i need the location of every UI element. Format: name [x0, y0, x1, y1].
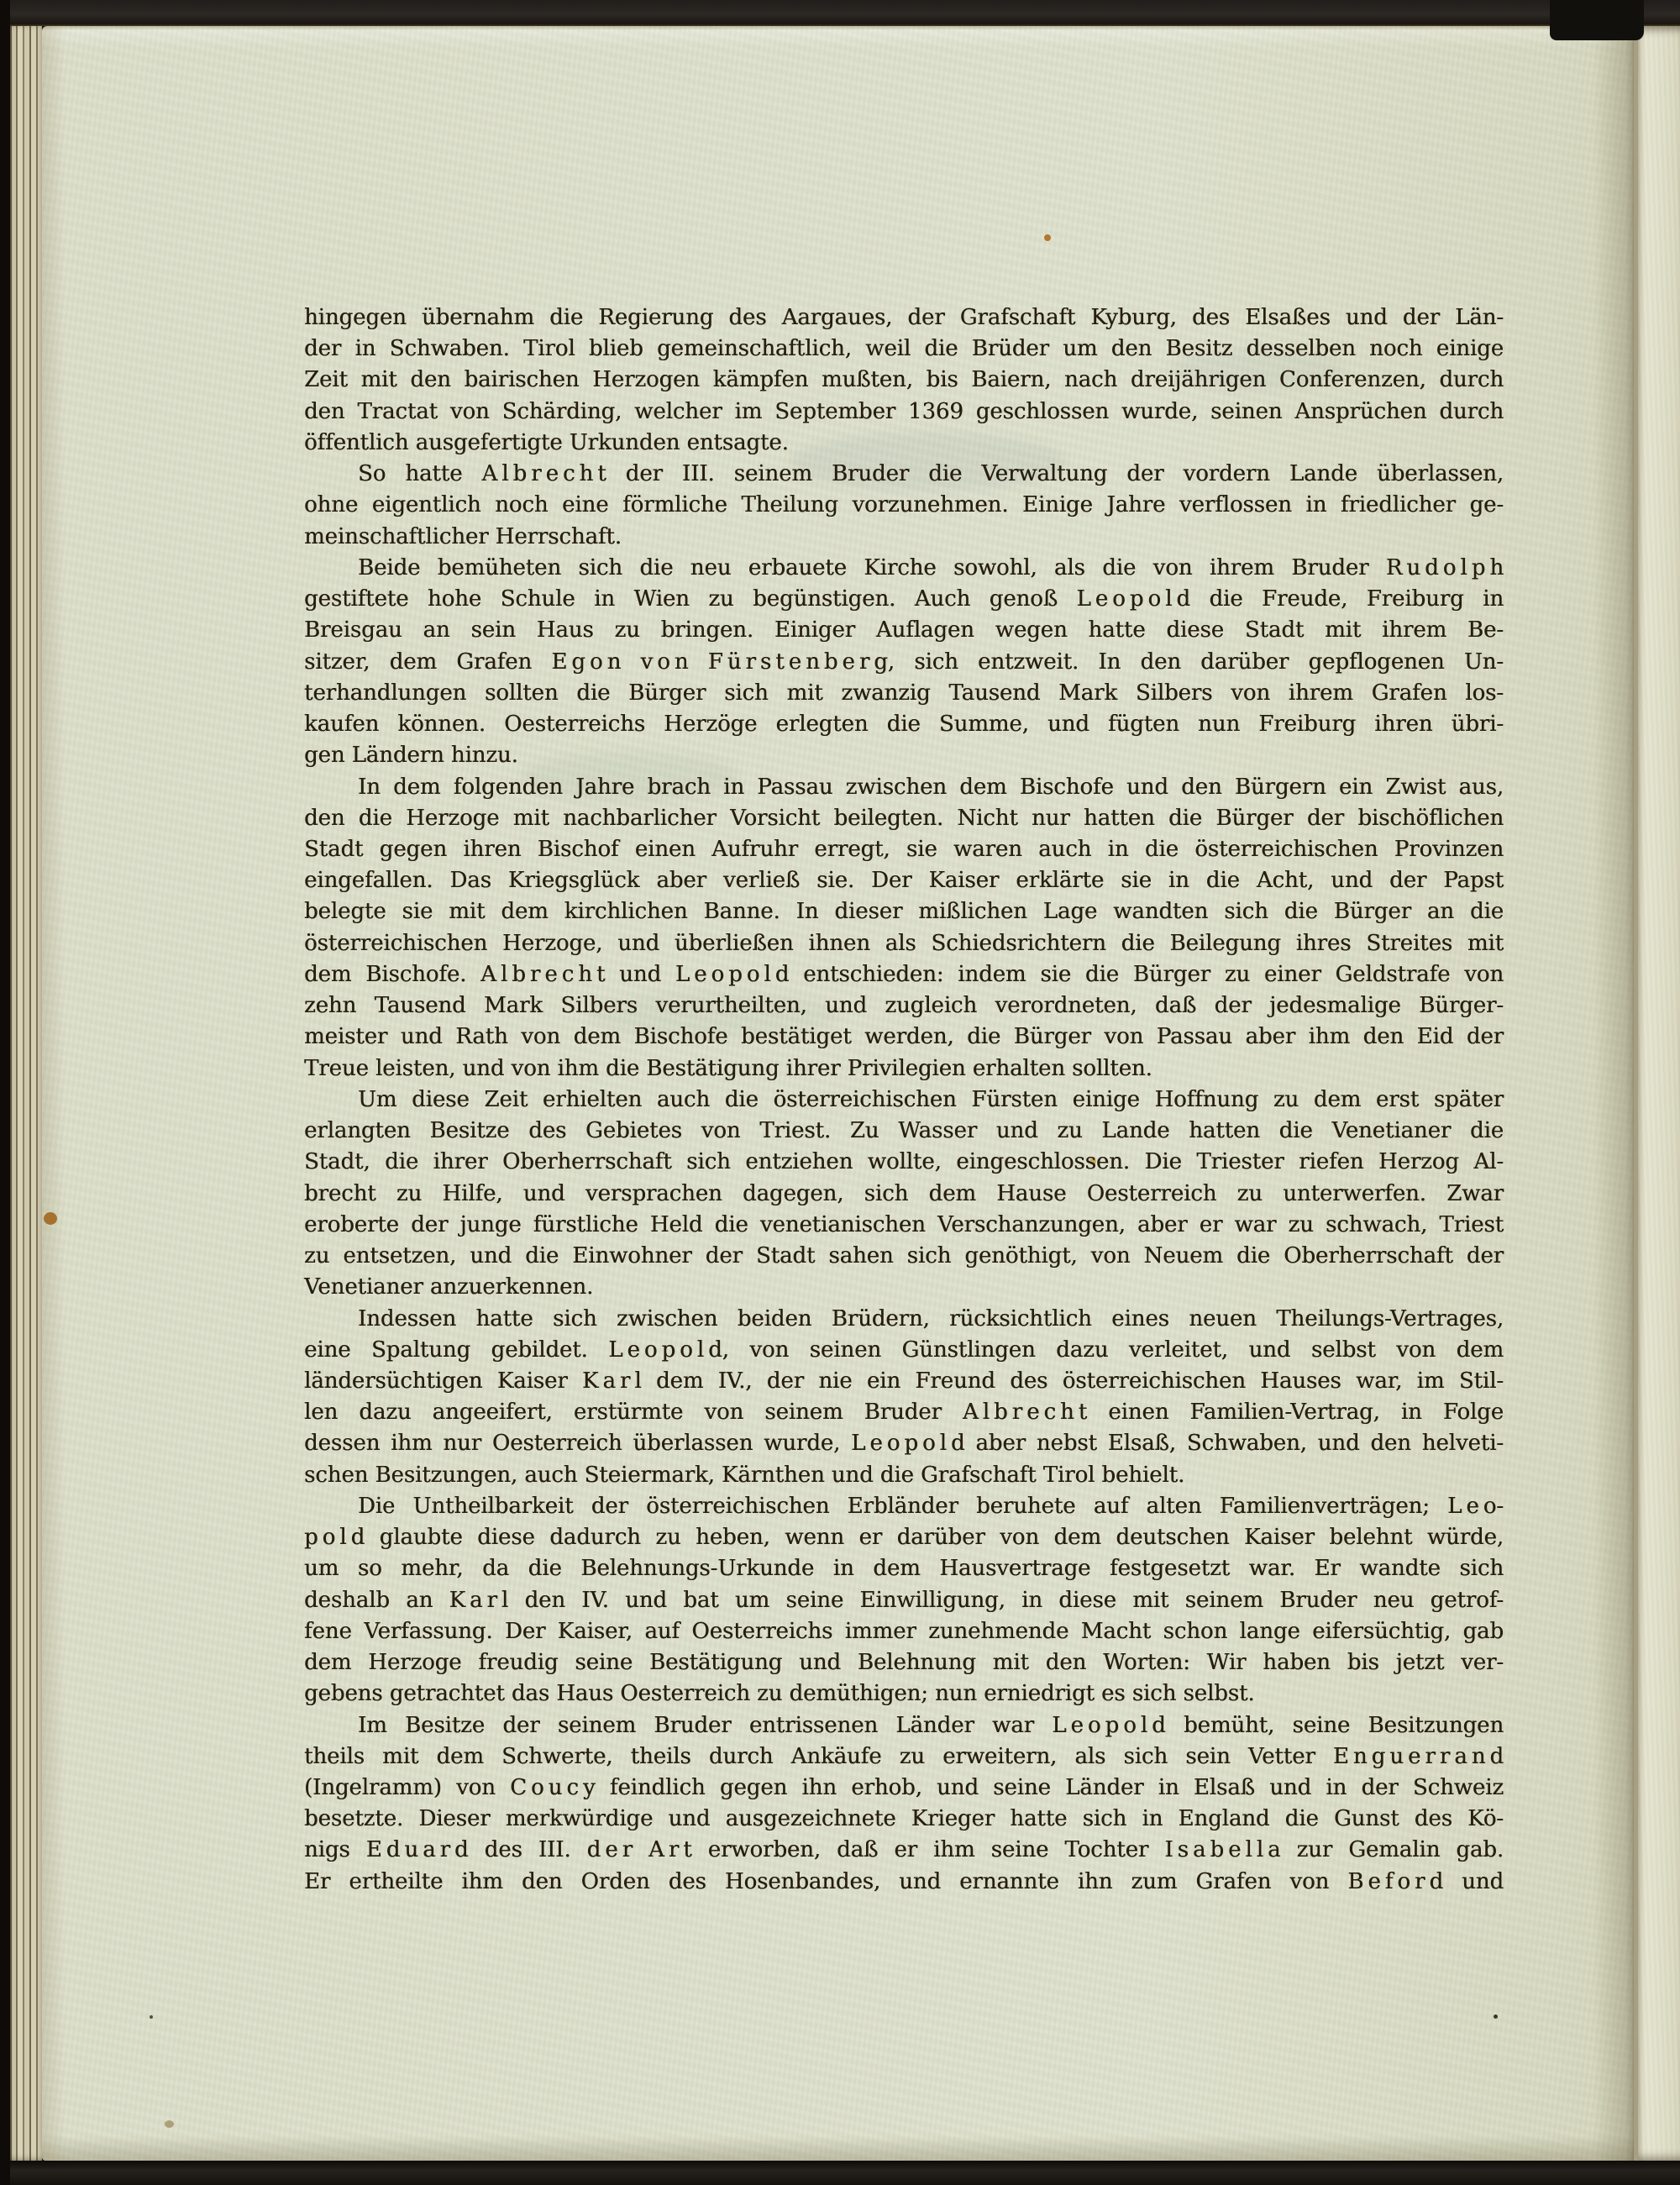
- text-line: dessen ihm nur Oesterreich überlassen wu…: [304, 1428, 1504, 1459]
- text-line: fene Verfassung. Der Kaiser, auf Oesterr…: [304, 1616, 1504, 1647]
- text-line: kaufen können. Oesterreichs Herzöge erle…: [304, 709, 1504, 740]
- adjacent-page-curve: [1638, 26, 1680, 2161]
- text-line: eine Spaltung gebildet. L e o p o l d, v…: [304, 1335, 1504, 1366]
- text-line: Um diese Zeit erhielten auch die österre…: [304, 1085, 1504, 1116]
- text-line: schen Besitzungen, auch Steiermark, Kärn…: [304, 1460, 1504, 1491]
- text-line: deshalb an K a r l den IV. und bat um se…: [304, 1585, 1504, 1616]
- text-line: Die Untheilbarkeit der österreichischen …: [304, 1491, 1504, 1522]
- text-line: So hatte A l b r e c h t der III. seinem…: [304, 459, 1504, 490]
- text-line: den die Herzoge mit nachbarlicher Vorsic…: [304, 803, 1504, 834]
- text-line: (Ingelramm) von C o u c y feindlich gege…: [304, 1773, 1504, 1804]
- gutter-shadow: [1593, 26, 1636, 2161]
- text-line: p o l d glaubte diese dadurch zu heben, …: [304, 1522, 1504, 1553]
- text-line: terhandlungen sollten die Bürger sich mi…: [304, 678, 1504, 709]
- text-line: gebens getrachtet das Haus Oesterreich z…: [304, 1678, 1504, 1710]
- text-line: eingefallen. Das Kriegsglück aber verlie…: [304, 865, 1504, 896]
- text-line: belegte sie mit dem kirchlichen Banne. I…: [304, 896, 1504, 927]
- text-line: Stadt, die ihrer Oberherrschaft sich ent…: [304, 1147, 1504, 1178]
- text-line: Venetianer anzuerkennen.: [304, 1272, 1504, 1303]
- text-line: Zeit mit den bairischen Herzogen kämpfen…: [304, 365, 1504, 396]
- text-line: der in Schwaben. Tirol blieb gemeinschaf…: [304, 334, 1504, 365]
- paragraph: Die Untheilbarkeit der österreichischen …: [304, 1491, 1504, 1710]
- binding-shadow-top-right: [1550, 0, 1644, 40]
- text-line: Beide bemüheten sich die neu erbauete Ki…: [304, 553, 1504, 584]
- book-scan: hingegen übernahm die Regierung des Aarg…: [0, 0, 1680, 2185]
- text-line: sitzer, dem Grafen E g o n v o n F ü r s…: [304, 647, 1504, 678]
- text-line: den Tractat von Schärding, welcher im Se…: [304, 397, 1504, 428]
- text-line: brecht zu Hilfe, und versprachen dagegen…: [304, 1179, 1504, 1210]
- text-line: gen Ländern hinzu.: [304, 740, 1504, 771]
- paragraph: Im Besitze der seinem Bruder entrissenen…: [304, 1710, 1504, 1898]
- text-line: dem Herzoge freudig seine Bestätigung un…: [304, 1647, 1504, 1678]
- text-line: ohne eigentlich noch eine förmliche Thei…: [304, 490, 1504, 521]
- text-line: In dem folgenden Jahre brach in Passau z…: [304, 772, 1504, 803]
- text-line: theils mit dem Schwerte, theils durch An…: [304, 1741, 1504, 1773]
- scan-top-band: [0, 0, 1680, 26]
- text-line: Er ertheilte ihm den Orden des Hosenband…: [304, 1867, 1504, 1898]
- text-line: ländersüchtigen Kaiser K a r l dem IV., …: [304, 1366, 1504, 1397]
- text-line: meinschaftlicher Herrschaft.: [304, 522, 1504, 553]
- text-line: besetzte. Dieser merkwürdige und ausgeze…: [304, 1804, 1504, 1835]
- page-edge-stack: [10, 18, 42, 2166]
- text-line: zehn Tausend Mark Silbers verurtheilten,…: [304, 990, 1504, 1022]
- text-line: Indessen hatte sich zwischen beiden Brüd…: [304, 1304, 1504, 1335]
- text-line: Im Besitze der seinem Bruder entrissenen…: [304, 1710, 1504, 1741]
- scan-bottom-band: [0, 2161, 1680, 2185]
- text-line: Breisgau an sein Haus zu bringen. Einige…: [304, 615, 1504, 646]
- text-line: len dazu angeeifert, erstürmte von seine…: [304, 1397, 1504, 1428]
- text-line: meister und Rath von dem Bischofe bestät…: [304, 1022, 1504, 1053]
- paragraph: Indessen hatte sich zwischen beiden Brüd…: [304, 1304, 1504, 1491]
- text-line: um so mehr, da die Belehnungs-Urkunde in…: [304, 1553, 1504, 1584]
- text-line: erlangten Besitze des Gebietes von Tries…: [304, 1116, 1504, 1147]
- text-line: Treue leisten, und von ihm die Bestätigu…: [304, 1053, 1504, 1085]
- text-line: gestiftete hohe Schule in Wien zu begüns…: [304, 584, 1504, 615]
- text-line: nigs E d u a r d des III. d e r A r t er…: [304, 1835, 1504, 1866]
- text-line: österreichischen Herzoge, und überließen…: [304, 928, 1504, 959]
- scan-left-band: [0, 0, 10, 2185]
- text-line: hingegen übernahm die Regierung des Aarg…: [304, 302, 1504, 334]
- text-line: dem Bischofe. A l b r e c h t und L e o …: [304, 959, 1504, 990]
- text-line: zu entsetzen, und die Einwohner der Stad…: [304, 1241, 1504, 1272]
- paragraph: hingegen übernahm die Regierung des Aarg…: [304, 302, 1504, 459]
- text-line: Stadt gegen ihren Bischof einen Aufruhr …: [304, 834, 1504, 865]
- text-line: öffentlich ausgefertigte Urkunden entsag…: [304, 428, 1504, 459]
- text-block: hingegen übernahm die Regierung des Aarg…: [304, 302, 1504, 1898]
- paragraph: Um diese Zeit erhielten auch die österre…: [304, 1085, 1504, 1304]
- text-line: eroberte der junge fürstliche Held die v…: [304, 1210, 1504, 1241]
- paragraph: So hatte A l b r e c h t der III. seinem…: [304, 459, 1504, 553]
- paragraph: In dem folgenden Jahre brach in Passau z…: [304, 772, 1504, 1085]
- paragraph: Beide bemüheten sich die neu erbauete Ki…: [304, 553, 1504, 772]
